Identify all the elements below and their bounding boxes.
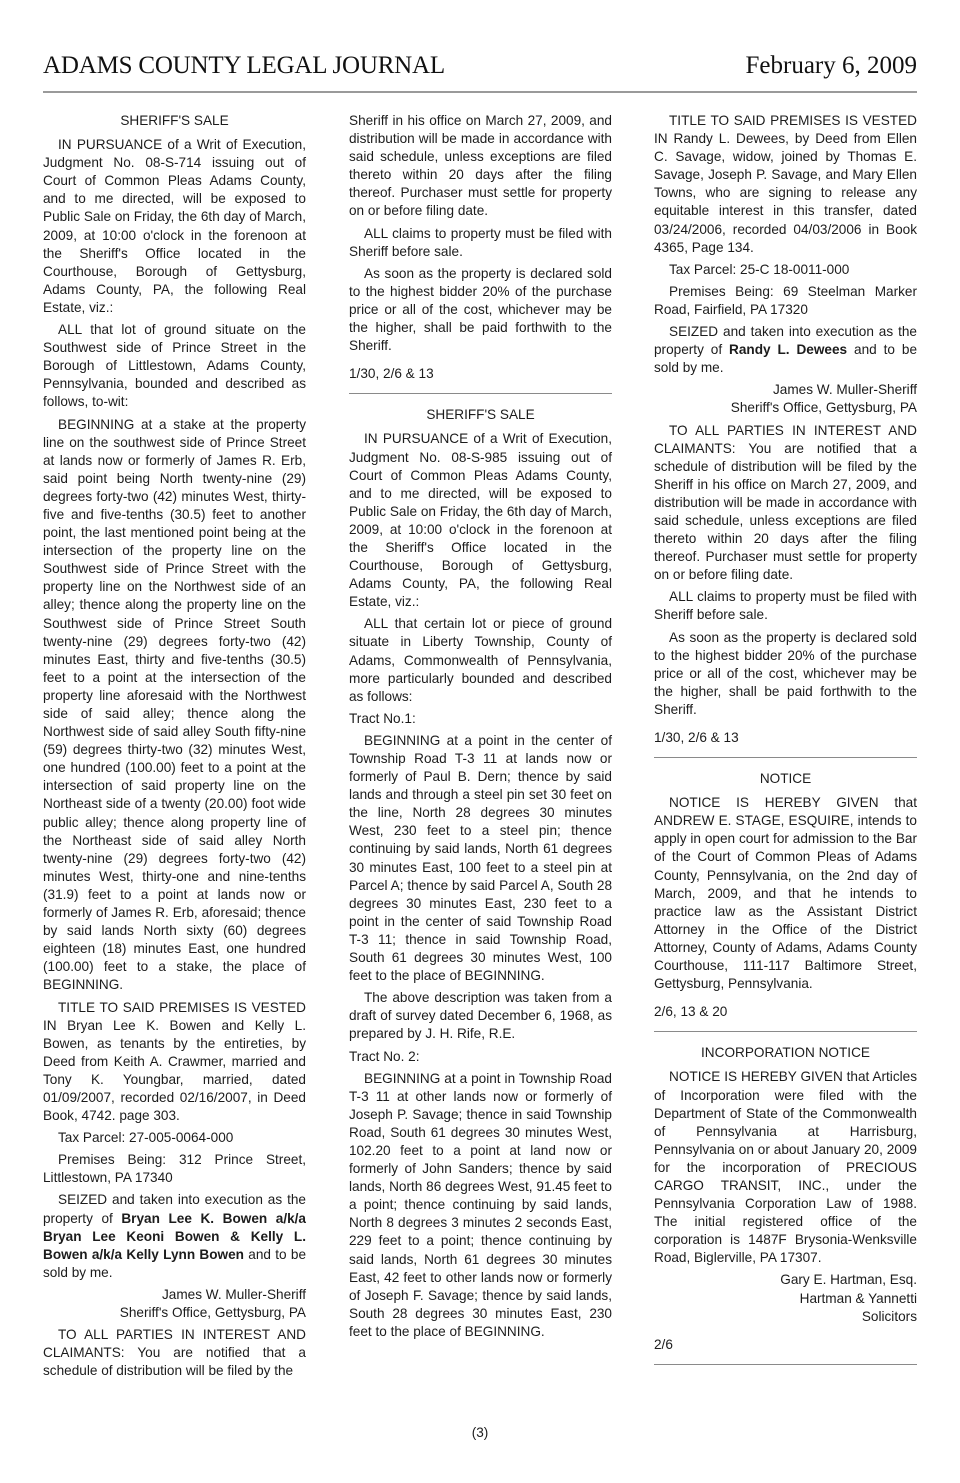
legal-description-paragraph: BEGINNING at a stake at the property lin… xyxy=(43,416,306,995)
notice-heading: SHERIFF'S SALE xyxy=(349,406,612,424)
signature-office: Sheriff's Office, Gettysburg, PA xyxy=(654,399,917,417)
title-vesting-paragraph: TITLE TO SAID PREMISES IS VESTED IN Rand… xyxy=(654,112,917,257)
seized-paragraph: SEIZED and taken into execution as the p… xyxy=(654,323,917,377)
signature-name: James W. Muller-Sheriff xyxy=(654,381,917,399)
tract-2-description: BEGINNING at a point in Township Road T-… xyxy=(349,1070,612,1341)
pursuance-paragraph: IN PURSUANCE of a Writ of Execution, Jud… xyxy=(349,430,612,611)
notice-divider xyxy=(654,1364,917,1365)
seized-paragraph: SEIZED and taken into execution as the p… xyxy=(43,1191,306,1281)
page-number: (3) xyxy=(0,1425,960,1440)
tract-2-label: Tract No. 2: xyxy=(349,1048,612,1066)
payment-terms-paragraph: As soon as the property is declared sold… xyxy=(654,629,917,719)
premises-address: Premises Being: 69 Steelman Marker Road,… xyxy=(654,283,917,319)
sheriffs-sale-notice-1: SHERIFF'S SALE IN PURSUANCE of a Writ of… xyxy=(43,112,306,1380)
notice-heading: NOTICE xyxy=(654,770,917,788)
premises-address: Premises Being: 312 Prince Street, Littl… xyxy=(43,1151,306,1187)
pursuance-paragraph: IN PURSUANCE of a Writ of Execution, Jud… xyxy=(43,136,306,317)
tract-1-description: BEGINNING at a point in the center of To… xyxy=(349,732,612,985)
run-dates: 1/30, 2/6 & 13 xyxy=(349,365,612,383)
payment-terms-paragraph: As soon as the property is declared sold… xyxy=(349,265,612,355)
issue-date: February 6, 2009 xyxy=(746,52,918,80)
publication-title: ADAMS COUNTY LEGAL JOURNAL xyxy=(43,52,445,80)
column-3: TITLE TO SAID PREMISES IS VESTED IN Rand… xyxy=(654,112,917,1377)
signature-office: Sheriff's Office, Gettysburg, PA xyxy=(43,1304,306,1322)
run-dates: 1/30, 2/6 & 13 xyxy=(654,729,917,747)
tract-1-label: Tract No.1: xyxy=(349,710,612,728)
notice-divider xyxy=(654,757,917,758)
tax-parcel: Tax Parcel: 27-005-0064-000 xyxy=(43,1129,306,1147)
parties-in-interest-continued: Sheriff in his office on March 27, 2009,… xyxy=(349,112,612,221)
run-dates: 2/6, 13 & 20 xyxy=(654,1003,917,1021)
masthead: ADAMS COUNTY LEGAL JOURNAL February 6, 2… xyxy=(43,52,917,86)
property-intro-paragraph: ALL that certain lot or piece of ground … xyxy=(349,615,612,705)
solicitor-title: Solicitors xyxy=(654,1308,917,1326)
notice-divider xyxy=(654,1031,917,1032)
claims-paragraph: ALL claims to property must be filed wit… xyxy=(349,225,612,261)
column-2: Sheriff in his office on March 27, 2009,… xyxy=(349,112,612,1345)
parties-in-interest-paragraph: TO ALL PARTIES IN INTEREST AND CLAIMANTS… xyxy=(654,422,917,585)
claims-paragraph: ALL claims to property must be filed wit… xyxy=(654,588,917,624)
sheriffs-sale-notice-1-continued: Sheriff in his office on March 27, 2009,… xyxy=(349,112,612,394)
run-dates: 2/6 xyxy=(654,1336,917,1354)
notice-heading: INCORPORATION NOTICE xyxy=(654,1044,917,1062)
masthead-divider xyxy=(43,91,917,93)
property-intro-paragraph: ALL that lot of ground situate on the So… xyxy=(43,321,306,411)
notice-divider xyxy=(349,393,612,394)
notice-body: NOTICE IS HEREBY GIVEN that ANDREW E. ST… xyxy=(654,794,917,993)
defendant-names: Randy L. Dewees xyxy=(729,342,847,357)
parties-in-interest-paragraph: TO ALL PARTIES IN INTEREST AND CLAIMANTS… xyxy=(43,1326,306,1380)
incorporation-notice: INCORPORATION NOTICE NOTICE IS HEREBY GI… xyxy=(654,1044,917,1365)
law-firm: Hartman & Yannetti xyxy=(654,1290,917,1308)
notice-body: NOTICE IS HEREBY GIVEN that Articles of … xyxy=(654,1068,917,1267)
sheriffs-sale-notice-2-continued: TITLE TO SAID PREMISES IS VESTED IN Rand… xyxy=(654,112,917,758)
signature-name: James W. Muller-Sheriff xyxy=(43,1286,306,1304)
column-1: SHERIFF'S SALE IN PURSUANCE of a Writ of… xyxy=(43,112,306,1384)
survey-paragraph: The above description was taken from a d… xyxy=(349,989,612,1043)
notice-heading: SHERIFF'S SALE xyxy=(43,112,306,130)
bar-admission-notice: NOTICE NOTICE IS HEREBY GIVEN that ANDRE… xyxy=(654,770,917,1032)
tax-parcel: Tax Parcel: 25-C 18-0011-000 xyxy=(654,261,917,279)
solicitor-name: Gary E. Hartman, Esq. xyxy=(654,1271,917,1289)
title-vesting-paragraph: TITLE TO SAID PREMISES IS VESTED IN Brya… xyxy=(43,999,306,1126)
sheriffs-sale-notice-2: SHERIFF'S SALE IN PURSUANCE of a Writ of… xyxy=(349,406,612,1341)
